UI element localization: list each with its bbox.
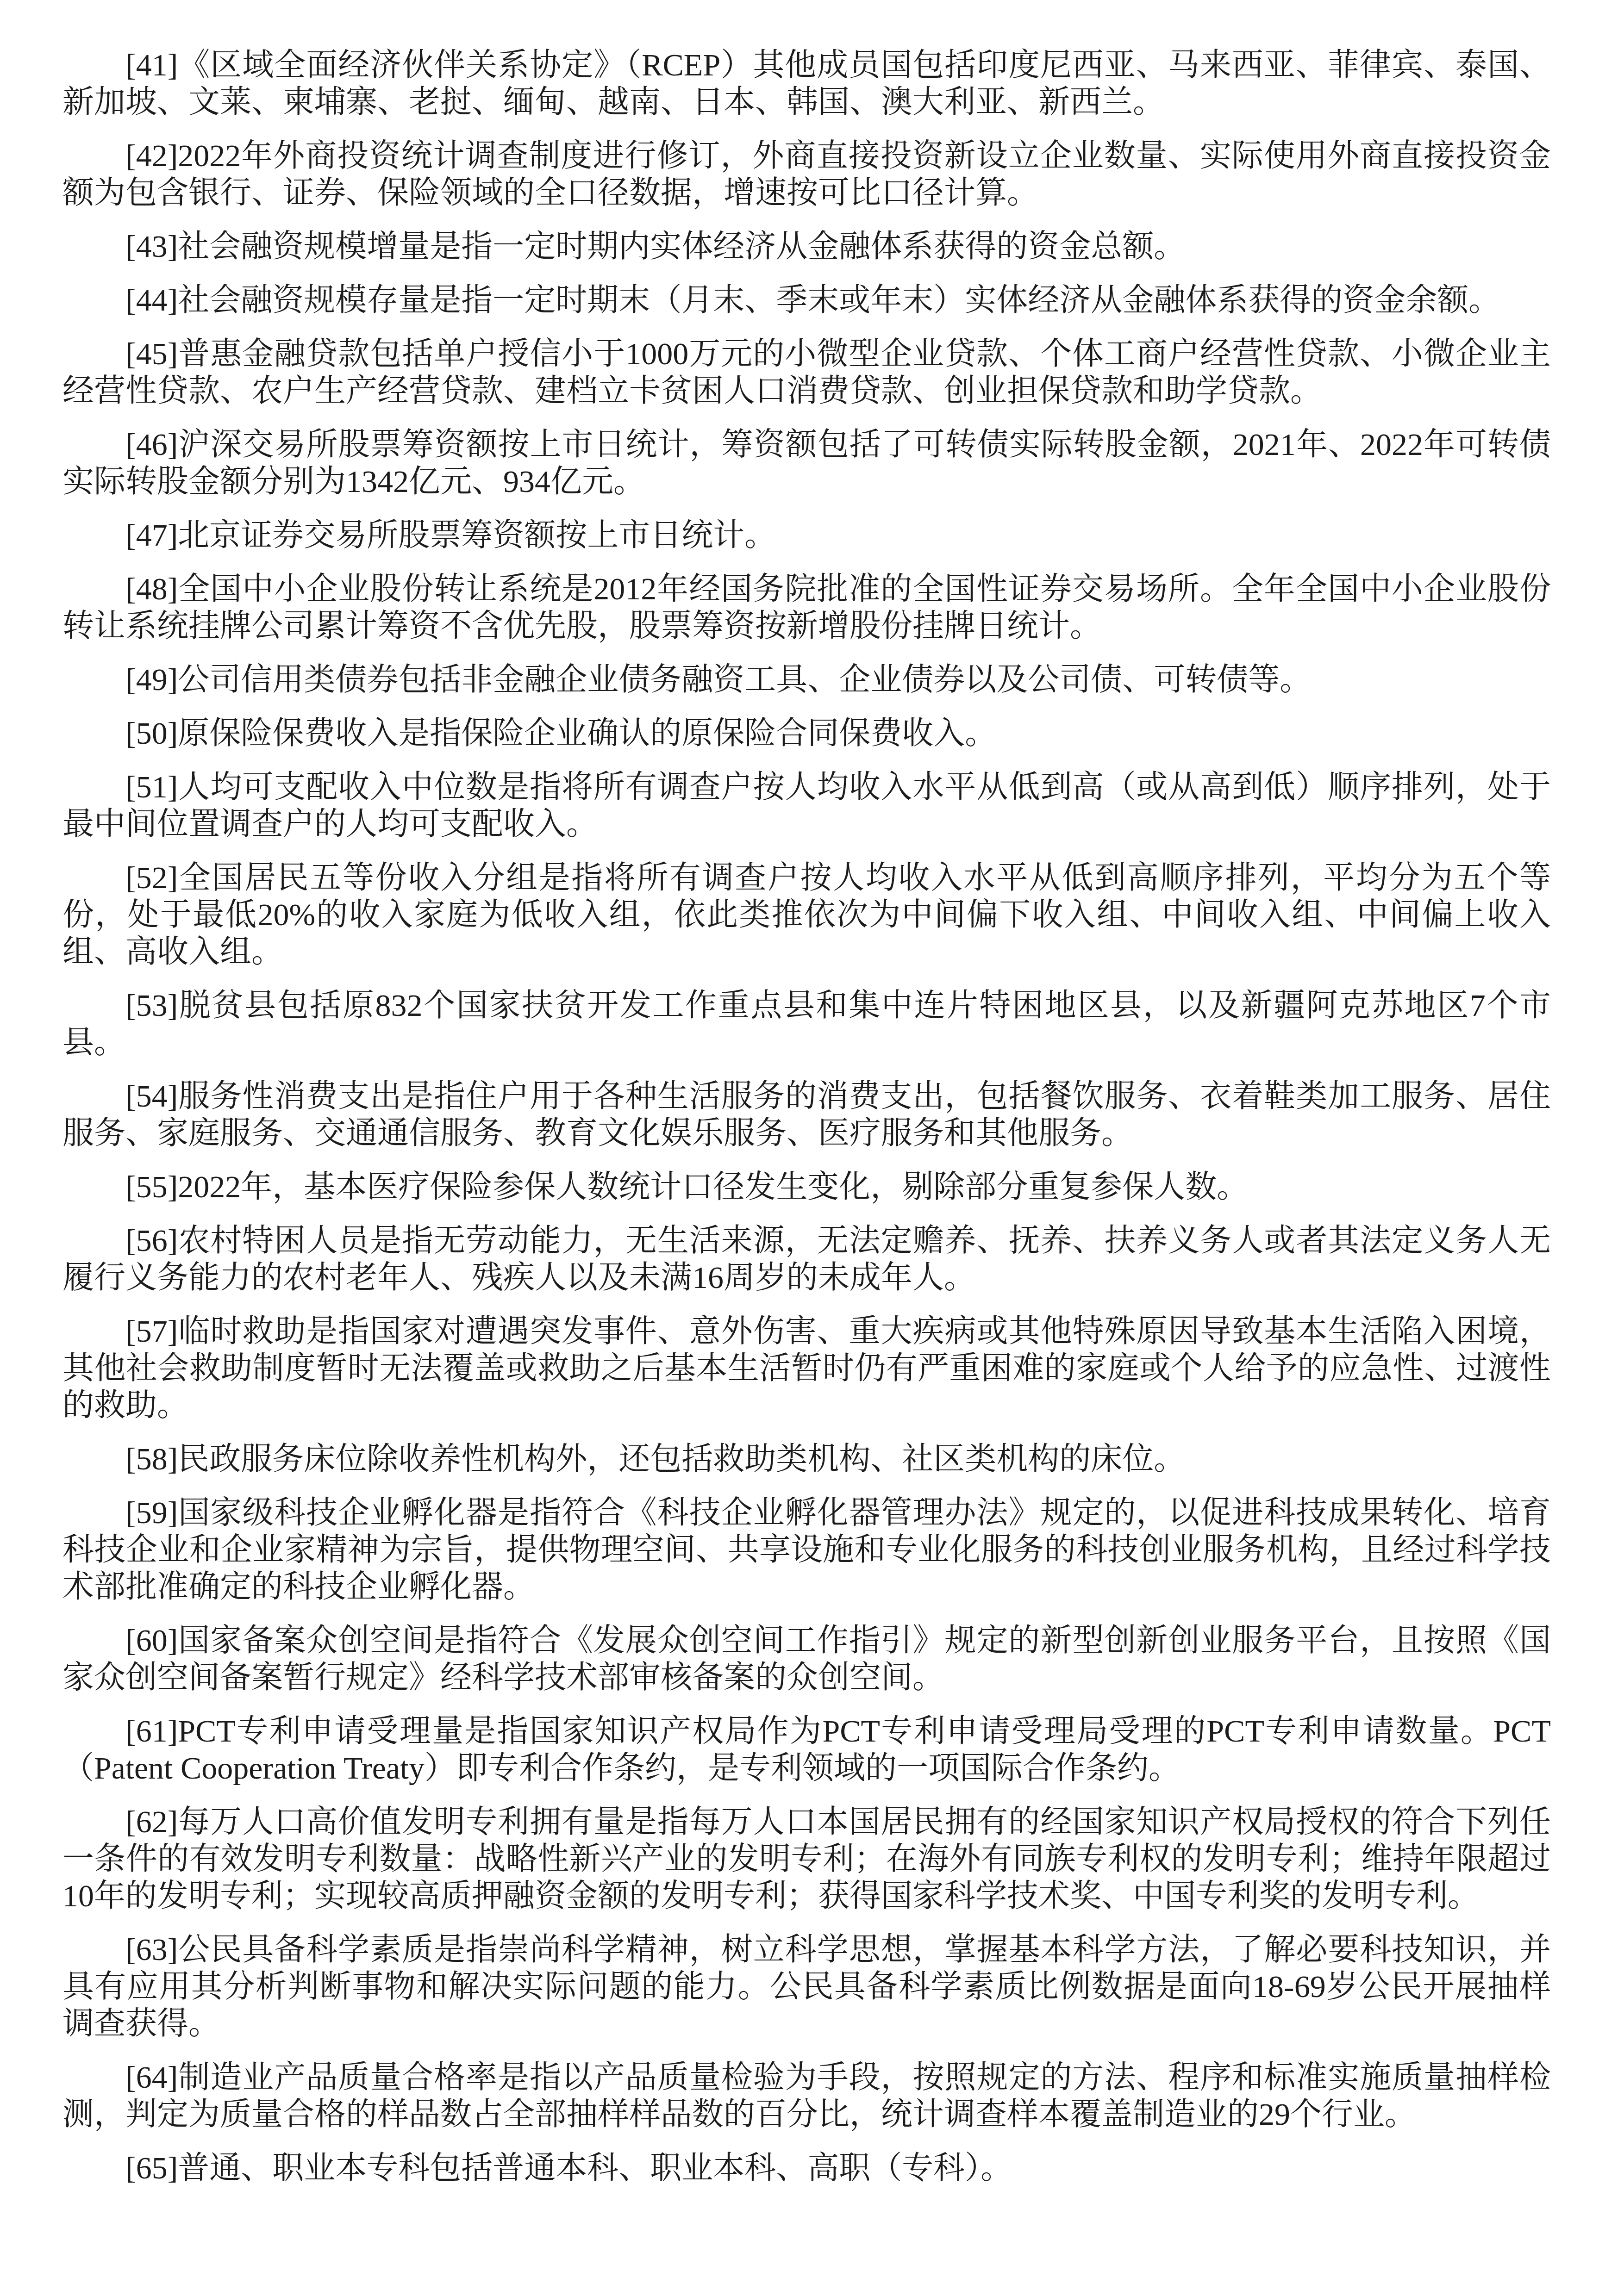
footnote-49: [49]公司信用类债券包括非金融企业债务融资工具、企业债券以及公司债、可转债等。 [62, 661, 1551, 698]
footnote-43-label: [43] [125, 229, 178, 264]
footnote-59-label: [59] [125, 1495, 178, 1530]
footnote-57-label: [57] [125, 1313, 178, 1349]
footnote-63: [63]公民具备科学素质是指崇尚科学精神，树立科学思想，掌握基本科学方法，了解必… [62, 1931, 1551, 2042]
footnote-58-label: [58] [125, 1441, 178, 1476]
footnote-45-label: [45] [125, 336, 178, 371]
footnote-43: [43]社会融资规模增量是指一定时期内实体经济从金融体系获得的资金总额。 [62, 228, 1551, 265]
footnote-63-text: 公民具备科学素质是指崇尚科学精神，树立科学思想，掌握基本科学方法，了解必要科技知… [62, 1932, 1551, 2041]
footnote-47: [47]北京证券交易所股票筹资额按上市日统计。 [62, 516, 1551, 554]
footnote-65: [65]普通、职业本专科包括普通本科、职业本科、高职（专科）。 [62, 2149, 1551, 2186]
footnote-43-text: 社会融资规模增量是指一定时期内实体经济从金融体系获得的资金总额。 [178, 229, 1185, 264]
footnote-47-text: 北京证券交易所股票筹资额按上市日统计。 [178, 517, 776, 553]
footnote-46-text: 沪深交易所股票筹资额按上市日统计，筹资额包括了可转债实际转股金额，2021年、2… [62, 427, 1551, 499]
footnote-46-label: [46] [125, 427, 178, 462]
footnote-53-label: [53] [125, 988, 178, 1023]
footnote-49-text: 公司信用类债券包括非金融企业债务融资工具、企业债券以及公司债、可转债等。 [178, 662, 1311, 697]
footnote-50-label: [50] [125, 716, 178, 751]
footnote-62: [62]每万人口高价值发明专利拥有量是指每万人口本国居民拥有的经国家知识产权局授… [62, 1803, 1551, 1914]
footnote-51-label: [51] [125, 769, 178, 804]
footnote-54: [54]服务性消费支出是指住户用于各种生活服务的消费支出，包括餐饮服务、衣着鞋类… [62, 1077, 1551, 1151]
footnote-62-text: 每万人口高价值发明专利拥有量是指每万人口本国居民拥有的经国家知识产权局授权的符合… [62, 1804, 1551, 1913]
footnote-55-text: 2022年，基本医疗保险参保人数统计口径发生变化，剔除部分重复参保人数。 [178, 1169, 1248, 1204]
footnote-55-label: [55] [125, 1169, 178, 1204]
footnote-51-text: 人均可支配收入中位数是指将所有调查户按人均收入水平从低到高（或从高到低）顺序排列… [62, 769, 1551, 841]
footnote-42-label: [42] [125, 138, 178, 173]
footnote-48-label: [48] [125, 571, 178, 606]
footnote-53: [53]脱贫县包括原832个国家扶贫开发工作重点县和集中连片特困地区县，以及新疆… [62, 987, 1551, 1061]
footnote-52-text: 全国居民五等份收入分组是指将所有调查户按人均收入水平从低到高顺序排列，平均分为五… [62, 860, 1551, 969]
footnote-60-text: 国家备案众创空间是指符合《发展众创空间工作指引》规定的新型创新创业服务平台，且按… [62, 1623, 1551, 1695]
footnote-51: [51]人均可支配收入中位数是指将所有调查户按人均收入水平从低到高（或从高到低）… [62, 768, 1551, 842]
footnote-63-label: [63] [125, 1932, 178, 1967]
footnote-41-label: [41] [125, 47, 178, 82]
footnote-55: [55]2022年，基本医疗保险参保人数统计口径发生变化，剔除部分重复参保人数。 [62, 1168, 1551, 1205]
footnote-48: [48]全国中小企业股份转让系统是2012年经国务院批准的全国性证券交易场所。全… [62, 570, 1551, 644]
footnote-46: [46]沪深交易所股票筹资额按上市日统计，筹资额包括了可转债实际转股金额，202… [62, 426, 1551, 500]
footnote-44-label: [44] [125, 282, 178, 317]
footnote-56-label: [56] [125, 1223, 178, 1258]
footnote-44: [44]社会融资规模存量是指一定时期末（月末、季末或年末）实体经济从金融体系获得… [62, 281, 1551, 318]
footnote-57-text: 临时救助是指国家对遭遇突发事件、意外伤害、重大疾病或其他特殊原因导致基本生活陷入… [62, 1313, 1551, 1423]
footnote-61: [61]PCT专利申请受理量是指国家知识产权局作为PCT专利申请受理局受理的PC… [62, 1712, 1551, 1786]
footnote-62-label: [62] [125, 1804, 178, 1839]
footnote-49-label: [49] [125, 662, 178, 697]
footnote-54-text: 服务性消费支出是指住户用于各种生活服务的消费支出，包括餐饮服务、衣着鞋类加工服务… [62, 1078, 1551, 1151]
footnote-52: [52]全国居民五等份收入分组是指将所有调查户按人均收入水平从低到高顺序排列，平… [62, 859, 1551, 970]
footnote-52-label: [52] [125, 860, 178, 895]
footnote-44-text: 社会融资规模存量是指一定时期末（月末、季末或年末）实体经济从金融体系获得的资金余… [178, 282, 1500, 317]
document-page: [41]《区域全面经济伙伴关系协定》（RCEP）其他成员国包括印度尼西亚、马来西… [0, 0, 1624, 2296]
footnote-64: [64]制造业产品质量合格率是指以产品质量检验为手段，按照规定的方法、程序和标准… [62, 2059, 1551, 2133]
footnote-45: [45]普惠金融贷款包括单户授信小于1000万元的小微型企业贷款、个体工商户经营… [62, 335, 1551, 409]
footnote-41-text: 《区域全面经济伙伴关系协定》（RCEP）其他成员国包括印度尼西亚、马来西亚、菲律… [62, 47, 1551, 119]
footnote-45-text: 普惠金融贷款包括单户授信小于1000万元的小微型企业贷款、个体工商户经营性贷款、… [62, 336, 1551, 408]
footnote-50: [50]原保险保费收入是指保险企业确认的原保险合同保费收入。 [62, 715, 1551, 752]
footnote-60: [60]国家备案众创空间是指符合《发展众创空间工作指引》规定的新型创新创业服务平… [62, 1622, 1551, 1696]
footnote-47-label: [47] [125, 517, 178, 553]
footnote-57: [57]临时救助是指国家对遭遇突发事件、意外伤害、重大疾病或其他特殊原因导致基本… [62, 1313, 1551, 1424]
footnote-42-text: 2022年外商投资统计调查制度进行修订，外商直接投资新设立企业数量、实际使用外商… [62, 138, 1551, 210]
footnote-53-text: 脱贫县包括原832个国家扶贫开发工作重点县和集中连片特困地区县，以及新疆阿克苏地… [62, 988, 1551, 1060]
footnote-64-text: 制造业产品质量合格率是指以产品质量检验为手段，按照规定的方法、程序和标准实施质量… [62, 2060, 1551, 2132]
footnote-41: [41]《区域全面经济伙伴关系协定》（RCEP）其他成员国包括印度尼西亚、马来西… [62, 46, 1551, 120]
footnote-61-text: PCT专利申请受理量是指国家知识产权局作为PCT专利申请受理局受理的PCT专利申… [62, 1713, 1551, 1786]
footnote-65-label: [65] [125, 2150, 178, 2185]
footnote-64-label: [64] [125, 2060, 178, 2095]
footnote-48-text: 全国中小企业股份转让系统是2012年经国务院批准的全国性证券交易场所。全年全国中… [62, 571, 1551, 643]
footnote-50-text: 原保险保费收入是指保险企业确认的原保险合同保费收入。 [178, 716, 996, 751]
footnote-59-text: 国家级科技企业孵化器是指符合《科技企业孵化器管理办法》规定的，以促进科技成果转化… [62, 1495, 1551, 1604]
footnote-54-label: [54] [125, 1078, 178, 1114]
footnote-56: [56]农村特困人员是指无劳动能力，无生活来源，无法定赡养、抚养、扶养义务人或者… [62, 1222, 1551, 1296]
footnote-61-label: [61] [125, 1713, 178, 1748]
footnote-56-text: 农村特困人员是指无劳动能力，无生活来源，无法定赡养、抚养、扶养义务人或者其法定义… [62, 1223, 1551, 1295]
footnote-60-label: [60] [125, 1623, 178, 1658]
footnote-58: [58]民政服务床位除收养性机构外，还包括救助类机构、社区类机构的床位。 [62, 1440, 1551, 1477]
footnote-42: [42]2022年外商投资统计调查制度进行修订，外商直接投资新设立企业数量、实际… [62, 137, 1551, 211]
footnote-59: [59]国家级科技企业孵化器是指符合《科技企业孵化器管理办法》规定的，以促进科技… [62, 1494, 1551, 1605]
footnote-58-text: 民政服务床位除收养性机构外，还包括救助类机构、社区类机构的床位。 [178, 1441, 1185, 1476]
footnote-65-text: 普通、职业本专科包括普通本科、职业本科、高职（专科）。 [178, 2150, 1012, 2185]
